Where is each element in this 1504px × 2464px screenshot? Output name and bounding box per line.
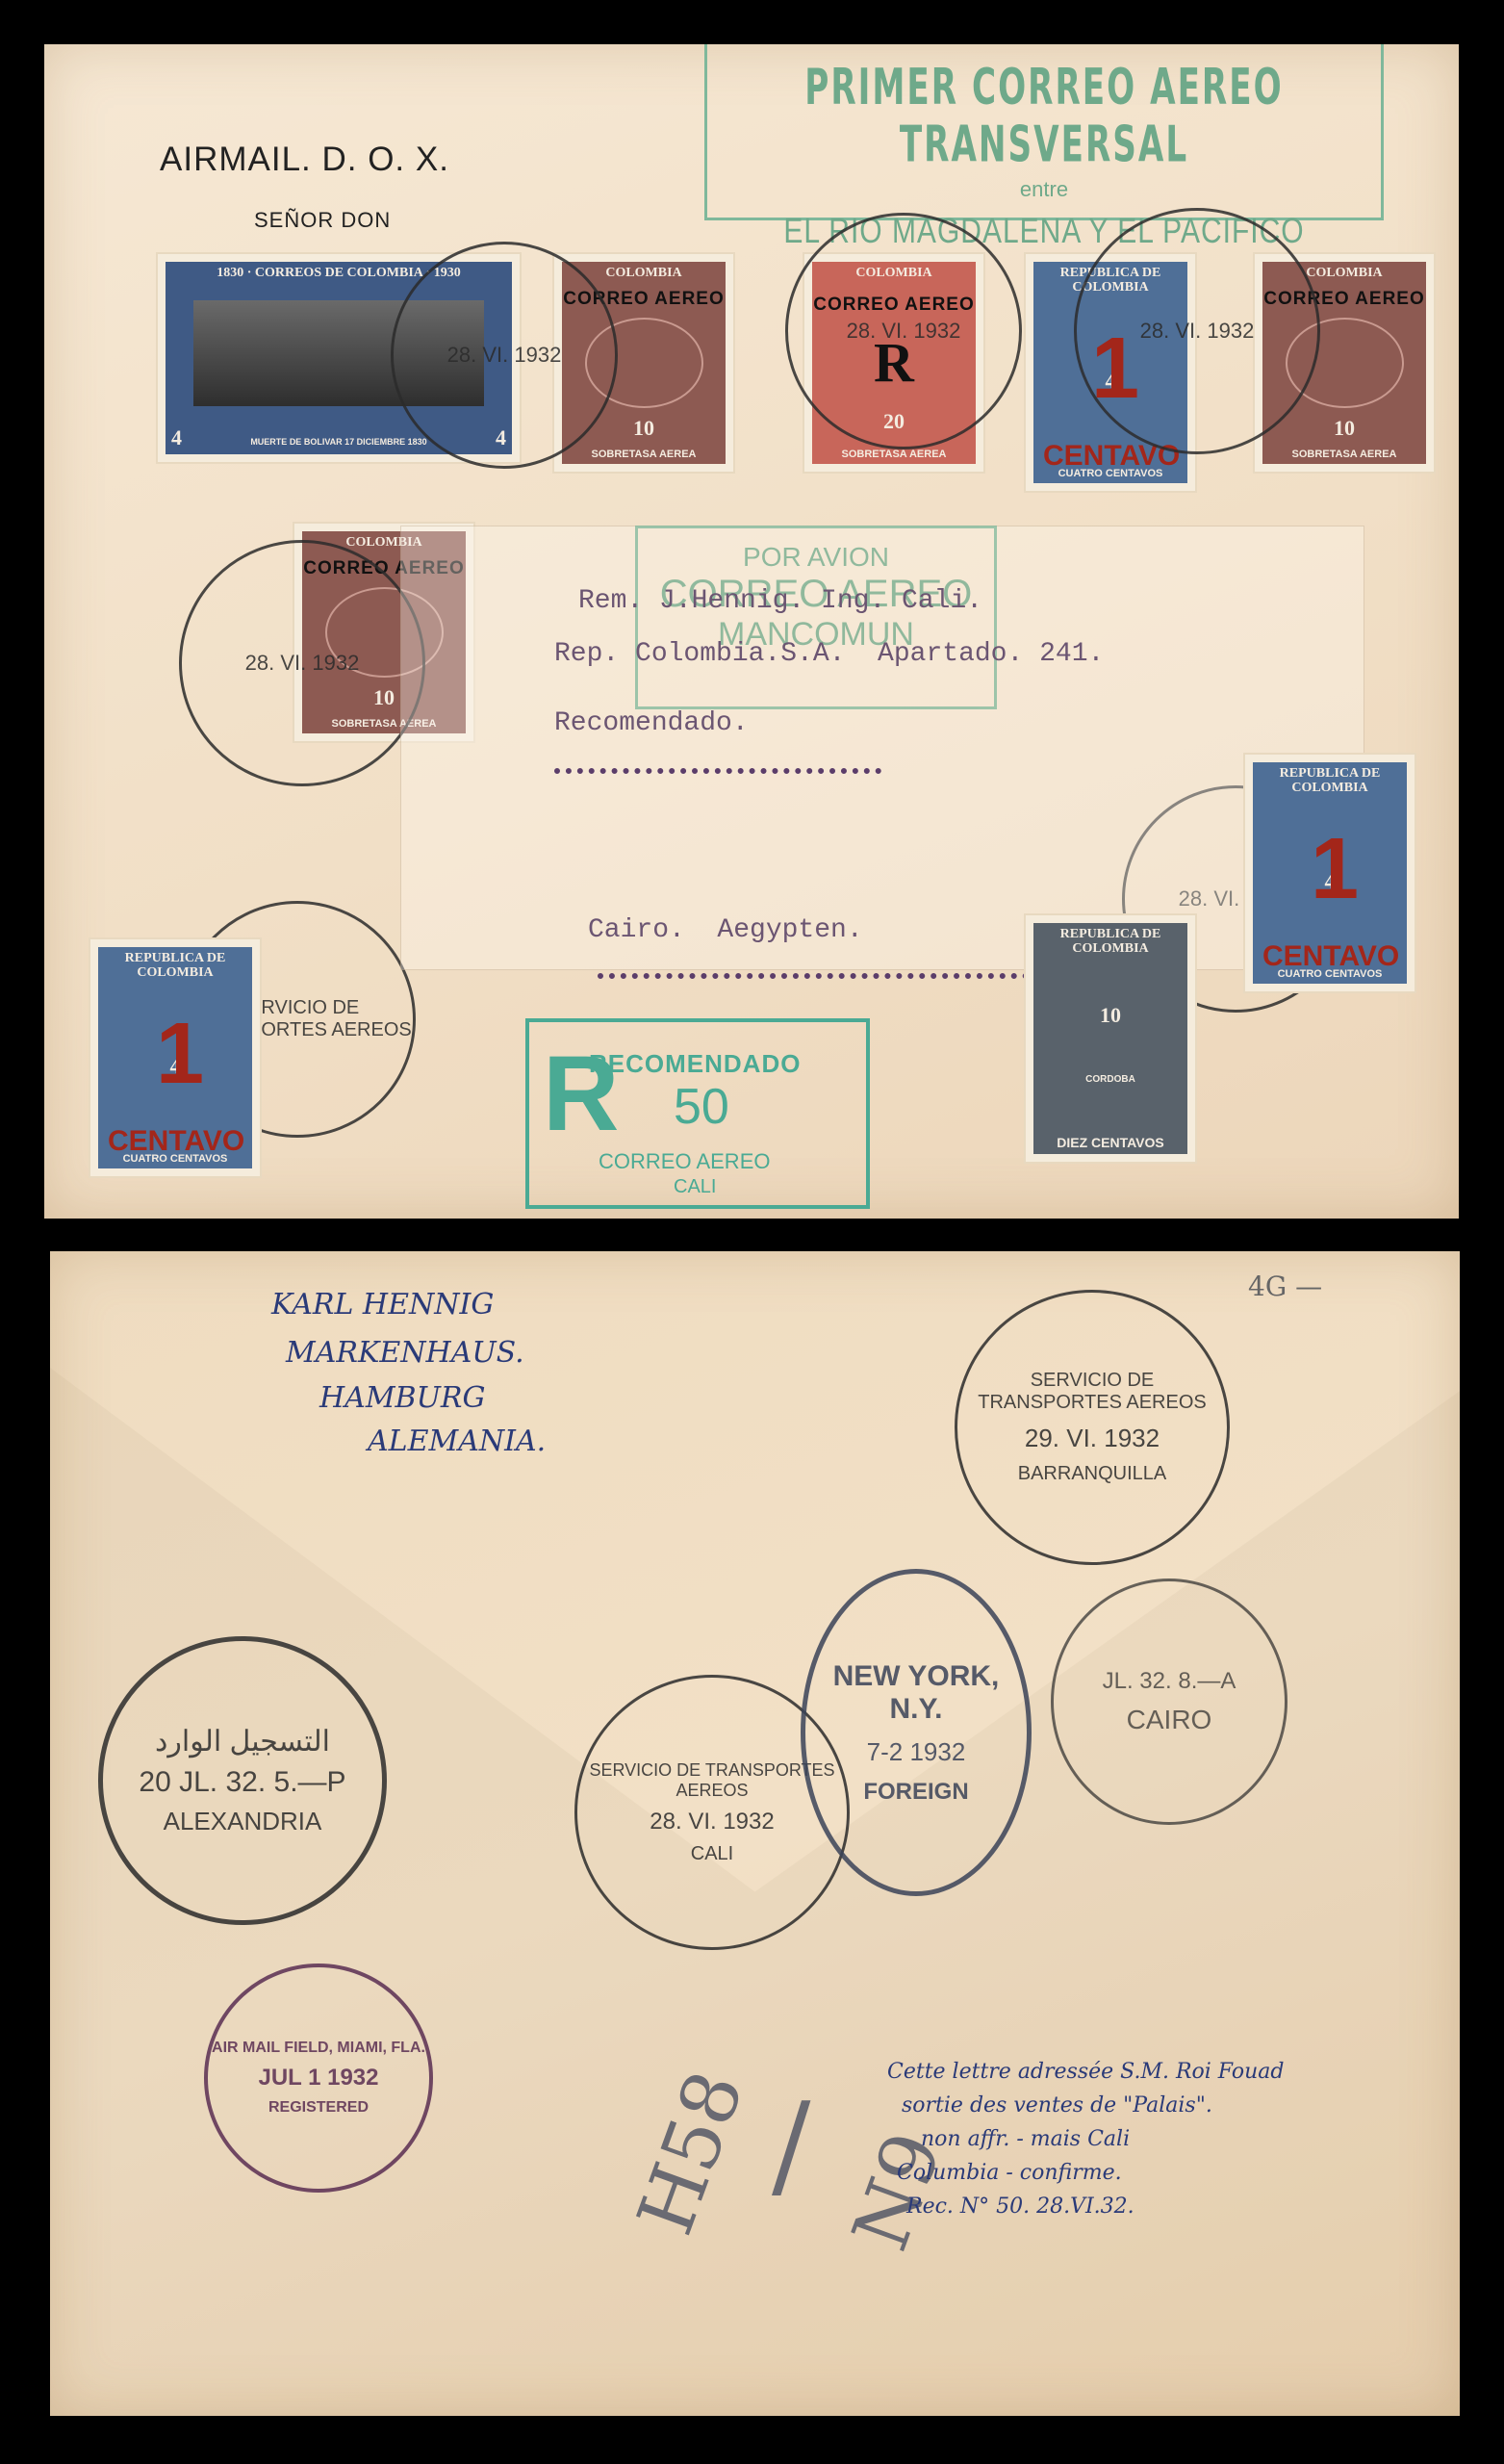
underline: [598, 973, 1040, 979]
cachet-line-2: entre: [707, 177, 1381, 202]
note-line-3: non affr. - mais Cali: [921, 2127, 1130, 2151]
stamp-surcharged-1c-2: REPUBLICA DE COLOMBIA 4 CUATRO CENTAVOS …: [1245, 755, 1415, 991]
first-flight-cachet: PRIMER CORREO AEREO TRANSVERSAL entre EL…: [704, 44, 1384, 220]
address-sender-line-2: Rep. Colombia.S.A. Apartado. 241.: [554, 639, 1104, 669]
stamp-cordoba-10c: REPUBLICA DE COLOMBIA 10 CORDOBA DIEZ CE…: [1026, 915, 1195, 1162]
por-avion-box: POR AVION CORREO AEREO MANCOMUN: [635, 526, 997, 709]
cachet-line-1: PRIMER CORREO AEREO TRANSVERSAL: [707, 59, 1381, 173]
postmark-cali: 28. VI. 1932: [179, 540, 425, 786]
postmark-alexandria: التسجيل الوارد 20 JL. 32. 5.—P ALEXANDRI…: [98, 1636, 387, 1925]
pencil-mark: 4G —: [1248, 1270, 1322, 1302]
registration-label: R RECOMENDADO 50 CORREO AEREO CALI: [525, 1018, 870, 1209]
cover-title: AIRMAIL. D. O. X.: [160, 141, 449, 179]
sender-line-2: MARKENHAUS.: [286, 1336, 524, 1370]
envelope-front: AIRMAIL. D. O. X. SEÑOR DON PRIMER CORRE…: [44, 44, 1459, 1219]
envelope-back: KARL HENNIG MARKENHAUS. HAMBURG ALEMANIA…: [50, 1251, 1460, 2416]
postmark-cali: 28. VI. 1932: [1074, 208, 1320, 454]
registration-number: 50: [674, 1078, 729, 1136]
sender-line-4: ALEMANIA.: [368, 1424, 546, 1458]
sender-line-1: KARL HENNIG: [271, 1288, 494, 1322]
stamp-surcharged-1c-3: REPUBLICA DE COLOMBIA 4 CUATRO CENTAVOS …: [90, 939, 260, 1176]
postmark-cali: 28. VI. 1932: [391, 242, 618, 469]
address-destination: Cairo. Aegypten.: [588, 915, 863, 945]
note-line-1: Cette lettre adressée S.M. Roi Fouad: [887, 2060, 1284, 2084]
postmark-cali: 28. VI. 1932: [785, 213, 1022, 449]
address-sender-line-1: Rem. J.Hennig. Ing. Cali.: [578, 586, 982, 616]
postmark-new-york: NEW YORK, N.Y. 7-2 1932 FOREIGN: [801, 1569, 1032, 1896]
address-registered: Recomendado.: [554, 708, 749, 738]
salutation: SEÑOR DON: [254, 208, 391, 233]
note-line-4: Columbia - confirme.: [897, 2161, 1122, 2185]
sender-line-3: HAMBURG: [319, 1381, 485, 1415]
postmark-cairo: JL. 32. 8.—A CAIRO: [1051, 1578, 1287, 1825]
postmark-miami: AIR MAIL FIELD, MIAMI, FLA. JUL 1 1932 R…: [204, 1963, 433, 2193]
note-line-2: sortie des ventes de "Palais".: [902, 2093, 1212, 2117]
underline: [554, 768, 881, 774]
postmark-barranquilla: SERVICIO DE TRANSPORTES AEREOS 29. VI. 1…: [955, 1290, 1230, 1565]
note-line-5: Rec. N° 50. 28.VI.32.: [906, 2194, 1134, 2219]
pencil-slash: /: [772, 2079, 810, 2213]
